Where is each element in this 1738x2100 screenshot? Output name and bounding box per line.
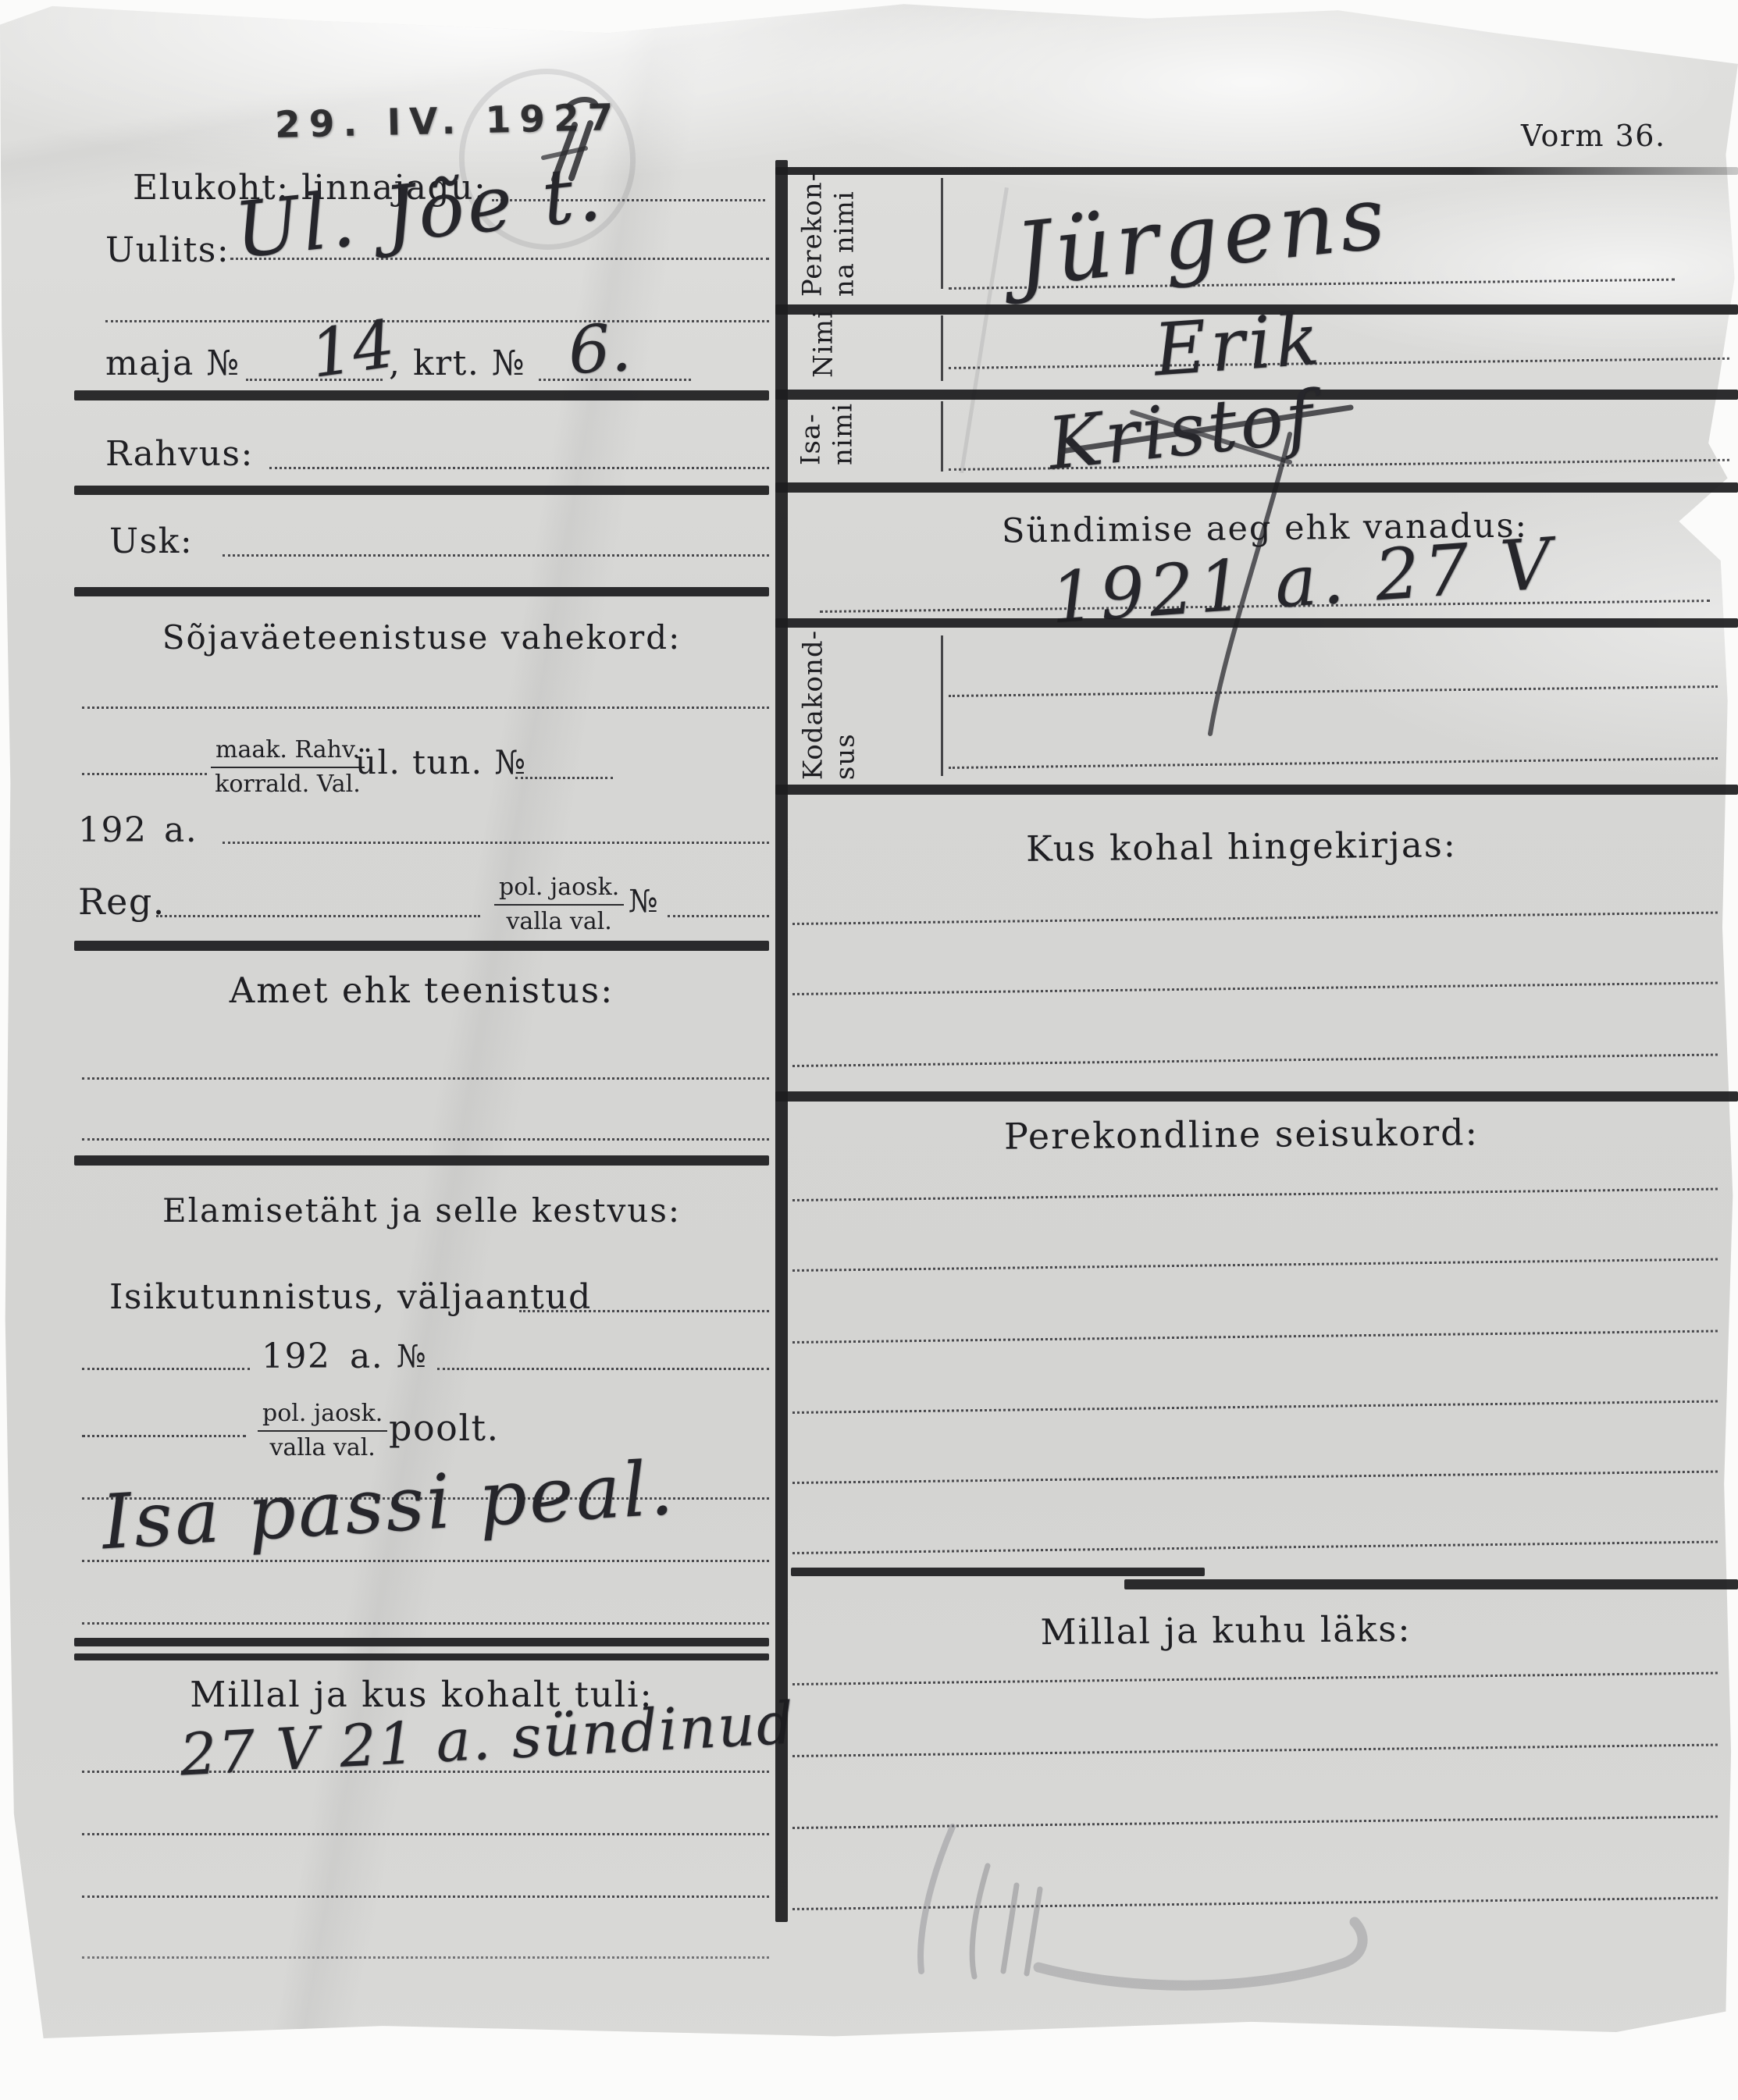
rule — [775, 482, 1738, 493]
dotted-line — [82, 1077, 769, 1080]
apartment-value: 6. — [566, 309, 632, 389]
family-heading: Perekondline seisukord: — [789, 1109, 1694, 1159]
father-label-line1: Isa- — [796, 413, 827, 465]
military-year-label: 192 — [78, 810, 147, 850]
dotted-line — [82, 1435, 246, 1437]
father-label-line2: nimi — [828, 403, 859, 465]
apartment-label: , krt. № — [389, 343, 525, 383]
military-heading: Sõjaväeteenistuse vahekord: — [74, 618, 769, 657]
dotted-line — [82, 707, 769, 709]
citizenship-label-line1: Kodakond- — [798, 630, 829, 780]
fraction-top: pol. jaosk. — [258, 1399, 387, 1432]
rule — [775, 785, 1738, 795]
fraction-bottom: korrald. Val. — [211, 768, 365, 799]
dotted-line — [82, 1622, 769, 1625]
fraction-top: pol. jaosk. — [494, 873, 624, 906]
dotted-line — [223, 842, 769, 844]
surname-label-line1: Perekon- — [797, 172, 828, 297]
id-no-label: № — [397, 1339, 427, 1375]
dotted-line — [515, 777, 613, 779]
column-divider — [775, 160, 788, 1922]
dotted-line — [223, 554, 769, 557]
rule — [74, 390, 769, 400]
rule — [74, 587, 769, 596]
dotted-line — [82, 773, 207, 775]
rule — [775, 167, 1738, 175]
rule — [1124, 1579, 1738, 1589]
firstname-label-line1: Nimi — [807, 309, 839, 378]
military-issuer-fraction: maak. Rahv. korrald. Val. — [211, 735, 365, 799]
rule — [775, 618, 1738, 628]
rule — [74, 941, 769, 951]
dotted-line — [82, 1771, 769, 1773]
house-label: maja № — [105, 343, 240, 383]
dotted-line — [519, 1310, 769, 1312]
dotted-line — [437, 1368, 769, 1370]
house-value: 14 — [306, 305, 399, 393]
surname-label: Perekon- na nimi — [797, 172, 862, 297]
id-year-label: 192 — [262, 1337, 330, 1376]
fraction-bottom: valla val. — [494, 906, 624, 937]
religion-label: Usk: — [109, 521, 193, 561]
issuer-fraction: pol. jaosk. valla val. — [258, 1399, 387, 1462]
label-separator-line — [941, 635, 943, 776]
label-separator-line — [941, 178, 943, 289]
surname-label-line2: na nimi — [829, 190, 860, 297]
label-separator-line — [941, 401, 943, 472]
dotted-line — [82, 1560, 769, 1562]
dotted-line — [156, 915, 480, 917]
label-separator-line — [941, 315, 943, 381]
dotted-line — [269, 467, 769, 469]
dotted-line — [82, 1895, 769, 1898]
rule — [74, 486, 769, 495]
occupation-heading: Amet ehk teenistus: — [74, 970, 769, 1011]
form-number: Vorm 36. — [1521, 119, 1666, 153]
father-label: Isa- nimi — [796, 403, 860, 465]
rule — [74, 1155, 769, 1166]
military-year-suffix: a. — [164, 810, 198, 850]
id-year-suffix: a. — [350, 1337, 383, 1376]
departure-heading: Millal ja kuhu läks: — [789, 1606, 1663, 1655]
pencil-scribble-decoration — [843, 1811, 1437, 2014]
reg-no-label: № — [629, 884, 659, 920]
dotted-line — [82, 1833, 769, 1835]
rule — [74, 1653, 769, 1660]
scanned-form-vorm36: 29. IV. 1927 Vorm 36. Elukoht: linnajagu… — [0, 0, 1738, 2100]
fraction-top: maak. Rahv. — [211, 735, 365, 768]
military-cert-label: ül. tun. № — [355, 743, 527, 781]
reg-label: Reg. — [78, 881, 166, 923]
dotted-line — [82, 1368, 250, 1370]
dotted-line — [105, 320, 769, 322]
citizenship-label: Kodakond- sus — [798, 630, 863, 780]
residence-permit-heading: Elamisetäht ja selle kestvus: — [74, 1191, 769, 1230]
nationality-label: Rahvus: — [105, 434, 254, 474]
rule — [775, 1091, 1738, 1102]
issuer-suffix: poolt. — [389, 1407, 500, 1449]
firstname-label: Nimi — [807, 309, 839, 378]
rule — [74, 1638, 769, 1646]
dotted-line — [82, 1956, 769, 1959]
dotted-line — [82, 1138, 769, 1141]
street-label: Uulits: — [105, 230, 230, 270]
fraction-bottom: valla val. — [258, 1432, 387, 1463]
citizenship-label-line2: sus — [830, 733, 861, 780]
rule — [791, 1568, 1205, 1576]
reg-issuer-fraction: pol. jaosk. valla val. — [494, 873, 624, 936]
dotted-line — [668, 915, 769, 917]
